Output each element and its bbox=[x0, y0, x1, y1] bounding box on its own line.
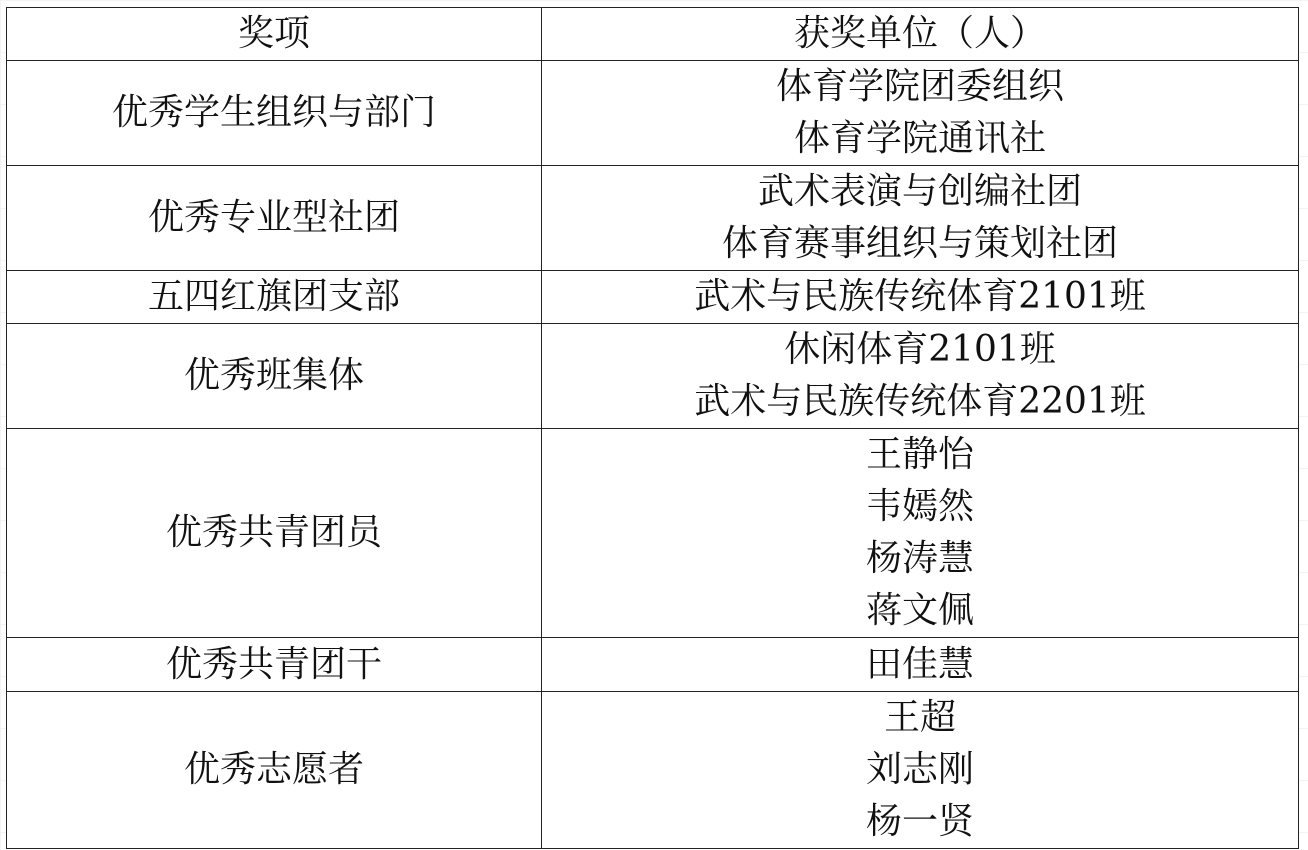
table-row: 优秀班集体 休闲体育2101班 武术与民族传统体育2201班 bbox=[7, 324, 1299, 429]
table-row: 优秀学生组织与部门 体育学院团委组织 体育学院通讯社 bbox=[7, 61, 1299, 166]
winner-name: 体育学院通讯社 bbox=[542, 113, 1298, 165]
awards-table: 奖项 获奖单位（人） 优秀学生组织与部门 体育学院团委组织 体育学院通讯社 优秀… bbox=[6, 7, 1299, 849]
header-row: 奖项 获奖单位（人） bbox=[7, 8, 1299, 61]
winner-name: 休闲体育2101班 bbox=[542, 324, 1298, 376]
table-row: 优秀共青团干 田佳慧 bbox=[7, 638, 1299, 692]
header-winners[interactable]: 获奖单位（人） bbox=[542, 8, 1299, 61]
table-row: 五四红旗团支部 武术与民族传统体育2101班 bbox=[7, 271, 1299, 324]
winner-name: 刘志刚 bbox=[542, 744, 1298, 796]
winner-name: 王静怡 bbox=[542, 429, 1298, 481]
winner-name: 王超 bbox=[542, 692, 1298, 744]
winner-name: 杨一贤 bbox=[542, 796, 1298, 848]
award-cell[interactable]: 优秀共青团干 bbox=[7, 638, 542, 692]
winner-name: 蒋文佩 bbox=[542, 585, 1298, 637]
winner-name: 体育学院团委组织 bbox=[542, 61, 1298, 113]
winner-name: 武术与民族传统体育2101班 bbox=[542, 271, 1298, 323]
winner-name: 田佳慧 bbox=[542, 639, 1298, 691]
winners-cell[interactable]: 王超 刘志刚 杨一贤 bbox=[542, 692, 1299, 849]
winners-cell[interactable]: 武术与民族传统体育2101班 bbox=[542, 271, 1299, 324]
winners-cell[interactable]: 体育学院团委组织 体育学院通讯社 bbox=[542, 61, 1299, 166]
table-row: 优秀志愿者 王超 刘志刚 杨一贤 bbox=[7, 692, 1299, 849]
award-cell[interactable]: 优秀学生组织与部门 bbox=[7, 61, 542, 166]
winners-cell[interactable]: 田佳慧 bbox=[542, 638, 1299, 692]
header-award[interactable]: 奖项 bbox=[7, 8, 542, 61]
award-cell[interactable]: 优秀专业型社团 bbox=[7, 166, 542, 271]
award-cell[interactable]: 优秀共青团员 bbox=[7, 429, 542, 638]
award-cell[interactable]: 五四红旗团支部 bbox=[7, 271, 542, 324]
winner-name: 体育赛事组织与策划社团 bbox=[542, 218, 1298, 270]
winner-name: 武术表演与创编社团 bbox=[542, 166, 1298, 218]
table-row: 优秀共青团员 王静怡 韦嫣然 杨涛慧 蒋文佩 bbox=[7, 429, 1299, 638]
winner-name: 韦嫣然 bbox=[542, 481, 1298, 533]
winners-cell[interactable]: 王静怡 韦嫣然 杨涛慧 蒋文佩 bbox=[542, 429, 1299, 638]
award-cell[interactable]: 优秀志愿者 bbox=[7, 692, 542, 849]
table-row: 优秀专业型社团 武术表演与创编社团 体育赛事组织与策划社团 bbox=[7, 166, 1299, 271]
winners-cell[interactable]: 武术表演与创编社团 体育赛事组织与策划社团 bbox=[542, 166, 1299, 271]
award-cell[interactable]: 优秀班集体 bbox=[7, 324, 542, 429]
winner-name: 武术与民族传统体育2201班 bbox=[542, 376, 1298, 428]
winners-cell[interactable]: 休闲体育2101班 武术与民族传统体育2201班 bbox=[542, 324, 1299, 429]
winner-name: 杨涛慧 bbox=[542, 533, 1298, 585]
